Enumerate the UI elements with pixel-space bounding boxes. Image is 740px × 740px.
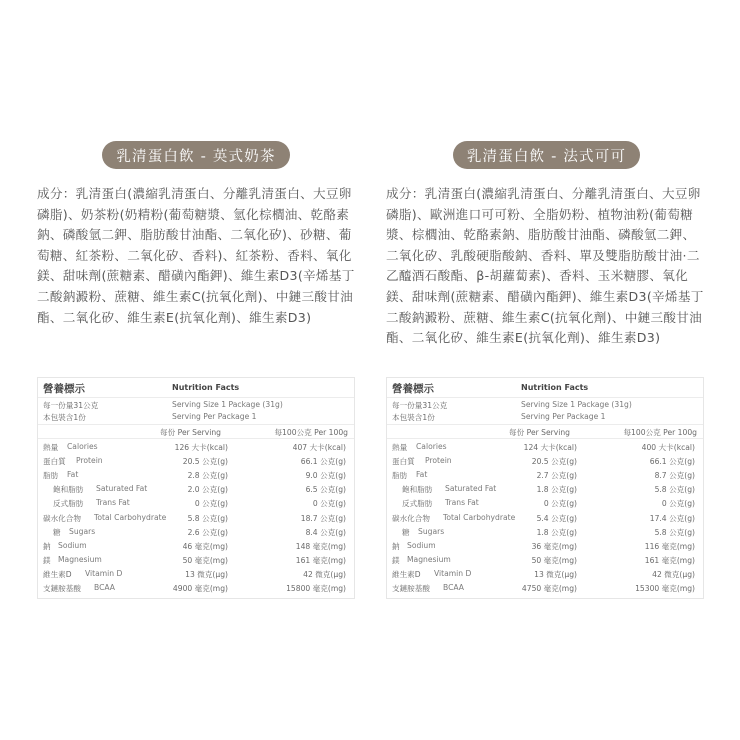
nutrient-name-en: BCAA (94, 583, 115, 592)
value-per-serving: 2.7 公克(g) (537, 470, 577, 481)
nutrition-row: 碳水化合物Total Carbohydrate5.4 公克(g)17.4 公克(… (387, 511, 703, 525)
value-per-serving: 124 大卡(kcal) (524, 442, 577, 453)
value-per-100g: 161 毫克(mg) (645, 555, 695, 566)
nutrition-row: 脂肪Fat2.7 公克(g)8.7 公克(g) (387, 468, 703, 482)
nutrient-name-en: Calories (67, 442, 98, 451)
nutrition-row: 支鏈胺基酸BCAA4900 毫克(mg)15800 毫克(mg) (38, 581, 354, 595)
nutrition-row: 支鏈胺基酸BCAA4750 毫克(mg)15300 毫克(mg) (387, 581, 703, 595)
nutrition-row: 鎂Magnesium50 毫克(mg)161 毫克(mg) (387, 553, 703, 567)
nutrition-row: 維生素DVitamin D13 微克(µg)42 微克(µg) (387, 567, 703, 581)
nutrient-name-zh: 脂肪 (392, 470, 407, 481)
value-per-100g: 0 公克(g) (662, 498, 695, 509)
nutrition-row: 蛋白質Protein20.5 公克(g)66.1 公克(g) (387, 454, 703, 468)
nutrient-name-zh: 鈉 (392, 541, 400, 552)
nutrient-name-en: Sugars (69, 527, 95, 536)
value-per-serving: 2.0 公克(g) (188, 484, 228, 495)
nutrient-name-en: Protein (425, 456, 452, 465)
nutrient-name-zh: 反式脂肪 (402, 498, 432, 509)
nutrition-title-zh: 營養標示 (392, 381, 434, 396)
nutrition-row: 脂肪Fat2.8 公克(g)9.0 公克(g) (38, 468, 354, 482)
nutrition-facts-table: 營養標示 Nutrition Facts 每一份量31公克 本包裝含1份 Ser… (386, 377, 704, 599)
nutrition-facts-table: 營養標示 Nutrition Facts 每一份量31公克 本包裝含1份 Ser… (37, 377, 355, 599)
value-per-100g: 66.1 公克(g) (650, 456, 695, 467)
serving-size-zh: 每一份量31公克 (392, 400, 447, 411)
nutrient-name-zh: 維生素D (43, 569, 72, 580)
value-per-100g: 6.5 公克(g) (306, 484, 346, 495)
value-per-serving: 2.6 公克(g) (188, 527, 228, 538)
value-per-100g: 42 微克(µg) (652, 569, 695, 580)
ingredients-text: 成分：乳清蛋白(濃縮乳清蛋白、分離乳清蛋白、大豆卵磷脂)、歐洲進口可可粉、全脂奶… (386, 184, 706, 349)
nutrient-name-zh: 熱量 (43, 442, 58, 453)
value-per-serving: 2.8 公克(g) (188, 470, 228, 481)
value-per-serving: 4900 毫克(mg) (173, 583, 228, 594)
nutrient-name-en: Sodium (58, 541, 87, 550)
value-per-serving: 20.5 公克(g) (183, 456, 228, 467)
ingredients-text: 成分：乳清蛋白(濃縮乳清蛋白、分離乳清蛋白、大豆卵磷脂)、奶茶粉(奶精粉(葡萄糖… (37, 184, 357, 328)
nutrient-name-zh: 維生素D (392, 569, 421, 580)
servings-per-package-zh: 本包裝含1份 (43, 412, 86, 423)
serving-size-en: Serving Size 1 Package (31g) (172, 400, 283, 409)
value-per-serving: 50 毫克(mg) (183, 555, 228, 566)
nutrient-name-en: Total Carbohydrate (94, 513, 166, 522)
nutrient-name-en: Vitamin D (434, 569, 471, 578)
nutrient-name-en: BCAA (443, 583, 464, 592)
nutrition-row: 蛋白質Protein20.5 公克(g)66.1 公克(g) (38, 454, 354, 468)
nutrition-row: 鈉Sodium36 毫克(mg)116 毫克(mg) (387, 539, 703, 553)
nutrition-row: 飽和脂肪Saturated Fat2.0 公克(g)6.5 公克(g) (38, 482, 354, 496)
value-per-100g: 0 公克(g) (313, 498, 346, 509)
nutrition-row: 反式脂肪Trans Fat0 公克(g)0 公克(g) (387, 496, 703, 510)
value-per-100g: 15300 毫克(mg) (635, 583, 695, 594)
nutrient-name-en: Vitamin D (85, 569, 122, 578)
nutrition-row: 反式脂肪Trans Fat0 公克(g)0 公克(g) (38, 496, 354, 510)
nutrient-name-en: Calories (416, 442, 447, 451)
value-per-serving: 46 毫克(mg) (183, 541, 228, 552)
nutrient-name-en: Total Carbohydrate (443, 513, 515, 522)
nutrient-name-zh: 支鏈胺基酸 (43, 583, 81, 594)
nutrient-name-en: Protein (76, 456, 103, 465)
value-per-100g: 148 毫克(mg) (296, 541, 346, 552)
nutrition-title-en: Nutrition Facts (172, 383, 239, 392)
serving-size-en: Serving Size 1 Package (31g) (521, 400, 632, 409)
value-per-serving: 20.5 公克(g) (532, 456, 577, 467)
value-per-100g: 5.8 公克(g) (655, 527, 695, 538)
nutrient-name-zh: 蛋白質 (392, 456, 415, 467)
nutrient-name-zh: 支鏈胺基酸 (392, 583, 430, 594)
nutrient-name-zh: 飽和脂肪 (402, 484, 432, 495)
serving-info-row: 每一份量31公克 本包裝含1份 Serving Size 1 Package (… (38, 398, 354, 425)
nutrient-name-en: Fat (416, 470, 427, 479)
value-per-100g: 15800 毫克(mg) (286, 583, 346, 594)
value-per-100g: 9.0 公克(g) (306, 470, 346, 481)
nutrition-row: 熱量Calories124 大卡(kcal)400 大卡(kcal) (387, 440, 703, 454)
nutrition-row: 飽和脂肪Saturated Fat1.8 公克(g)5.8 公克(g) (387, 482, 703, 496)
nutrient-name-en: Sodium (407, 541, 436, 550)
value-per-100g: 66.1 公克(g) (301, 456, 346, 467)
servings-per-package-en: Serving Per Package 1 (172, 412, 257, 421)
servings-per-package-en: Serving Per Package 1 (521, 412, 606, 421)
nutrient-name-zh: 碳水化合物 (43, 513, 81, 524)
serving-size-zh: 每一份量31公克 (43, 400, 98, 411)
nutrient-name-zh: 脂肪 (43, 470, 58, 481)
product-title-badge: 乳清蛋白飲 - 英式奶茶 (102, 141, 290, 169)
nutrient-name-zh: 蛋白質 (43, 456, 66, 467)
value-per-serving: 36 毫克(mg) (532, 541, 577, 552)
value-per-100g: 42 微克(µg) (303, 569, 346, 580)
value-per-100g: 17.4 公克(g) (650, 513, 695, 524)
product-panel-cocoa: 乳清蛋白飲 - 法式可可 成分：乳清蛋白(濃縮乳清蛋白、分離乳清蛋白、大豆卵磷脂… (370, 0, 740, 740)
value-per-serving: 13 微克(µg) (534, 569, 577, 580)
nutrient-name-zh: 鎂 (392, 555, 400, 566)
nutrient-name-en: Trans Fat (96, 498, 130, 507)
nutrition-row: 維生素DVitamin D13 微克(µg)42 微克(µg) (38, 567, 354, 581)
nutrient-name-en: Magnesium (407, 555, 451, 564)
value-per-serving: 1.8 公克(g) (537, 527, 577, 538)
value-per-100g: 8.4 公克(g) (306, 527, 346, 538)
value-per-serving: 50 毫克(mg) (532, 555, 577, 566)
value-per-serving: 5.8 公克(g) (188, 513, 228, 524)
nutrition-row: 鈉Sodium46 毫克(mg)148 毫克(mg) (38, 539, 354, 553)
nutrient-name-zh: 糖 (402, 527, 410, 538)
nutrition-title-row: 營養標示 Nutrition Facts (38, 378, 354, 398)
nutrient-name-zh: 飽和脂肪 (53, 484, 83, 495)
value-per-serving: 1.8 公克(g) (537, 484, 577, 495)
nutrient-name-zh: 鎂 (43, 555, 51, 566)
value-per-100g: 407 大卡(kcal) (293, 442, 346, 453)
nutrition-title-row: 營養標示 Nutrition Facts (387, 378, 703, 398)
value-per-100g: 400 大卡(kcal) (642, 442, 695, 453)
column-header-row: 每份 Per Serving 每100公克 Per 100g (38, 425, 354, 439)
product-title-badge: 乳清蛋白飲 - 法式可可 (453, 141, 640, 169)
nutrient-name-zh: 碳水化合物 (392, 513, 430, 524)
column-header-per-100g: 每100公克 Per 100g (274, 427, 348, 438)
nutrient-name-zh: 熱量 (392, 442, 407, 453)
value-per-100g: 161 毫克(mg) (296, 555, 346, 566)
servings-per-package-zh: 本包裝含1份 (392, 412, 435, 423)
nutrition-row: 糖Sugars1.8 公克(g)5.8 公克(g) (387, 525, 703, 539)
nutrition-row: 糖Sugars2.6 公克(g)8.4 公克(g) (38, 525, 354, 539)
nutrient-name-zh: 反式脂肪 (53, 498, 83, 509)
column-header-row: 每份 Per Serving 每100公克 Per 100g (387, 425, 703, 439)
nutrient-name-zh: 鈉 (43, 541, 51, 552)
nutrient-name-zh: 糖 (53, 527, 61, 538)
nutrient-name-en: Sugars (418, 527, 444, 536)
nutrient-name-en: Saturated Fat (96, 484, 147, 493)
column-header-per-serving: 每份 Per Serving (160, 427, 221, 438)
column-header-per-serving: 每份 Per Serving (509, 427, 570, 438)
nutrient-name-en: Magnesium (58, 555, 102, 564)
value-per-100g: 18.7 公克(g) (301, 513, 346, 524)
nutrition-row: 熱量Calories126 大卡(kcal)407 大卡(kcal) (38, 440, 354, 454)
value-per-100g: 5.8 公克(g) (655, 484, 695, 495)
nutrition-row: 碳水化合物Total Carbohydrate5.8 公克(g)18.7 公克(… (38, 511, 354, 525)
value-per-100g: 8.7 公克(g) (655, 470, 695, 481)
nutrient-name-en: Saturated Fat (445, 484, 496, 493)
value-per-serving: 13 微克(µg) (185, 569, 228, 580)
value-per-serving: 0 公克(g) (544, 498, 577, 509)
value-per-serving: 0 公克(g) (195, 498, 228, 509)
value-per-serving: 4750 毫克(mg) (522, 583, 577, 594)
column-header-per-100g: 每100公克 Per 100g (623, 427, 697, 438)
nutrition-title-en: Nutrition Facts (521, 383, 588, 392)
value-per-100g: 116 毫克(mg) (645, 541, 695, 552)
nutrition-row: 鎂Magnesium50 毫克(mg)161 毫克(mg) (38, 553, 354, 567)
nutrient-name-en: Trans Fat (445, 498, 479, 507)
nutrition-title-zh: 營養標示 (43, 381, 85, 396)
product-panel-milk-tea: 乳清蛋白飲 - 英式奶茶 成分：乳清蛋白(濃縮乳清蛋白、分離乳清蛋白、大豆卵磷脂… (0, 0, 370, 740)
value-per-serving: 126 大卡(kcal) (175, 442, 228, 453)
serving-info-row: 每一份量31公克 本包裝含1份 Serving Size 1 Package (… (387, 398, 703, 425)
nutrient-name-en: Fat (67, 470, 78, 479)
value-per-serving: 5.4 公克(g) (537, 513, 577, 524)
